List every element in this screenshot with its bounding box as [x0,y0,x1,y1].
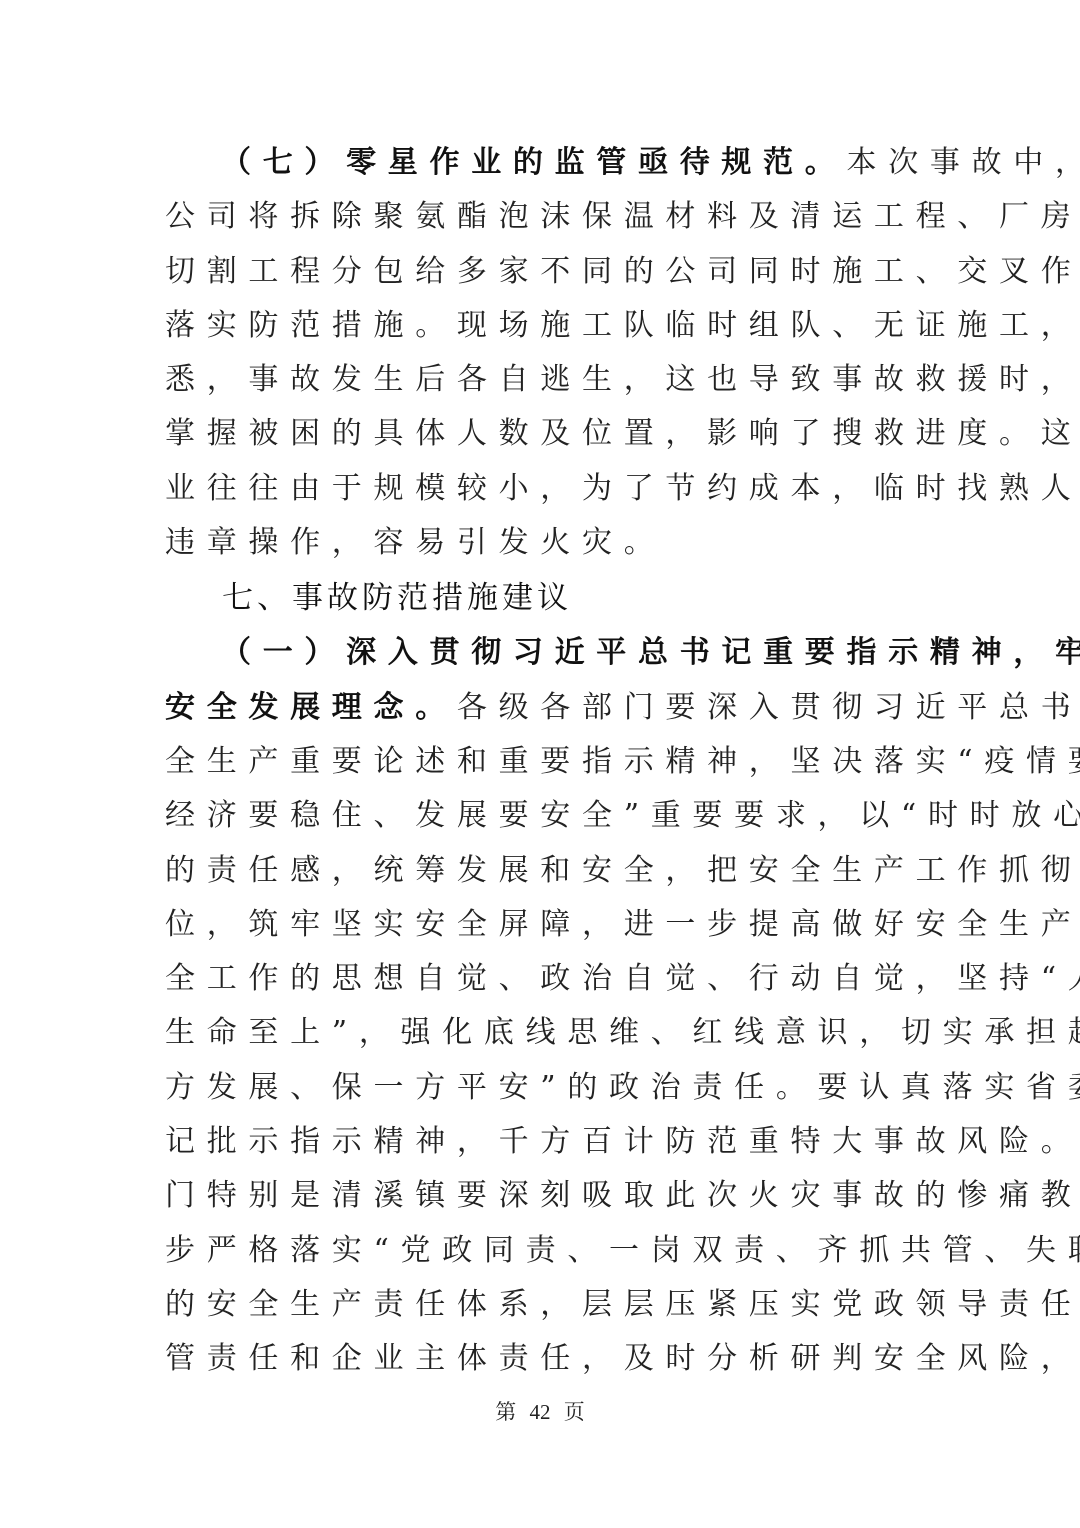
section-heading: 七、事故防范措施建议 [165,570,921,626]
paragraph-line: 方发展、保一方平安”的政治责任。要认真落实省委李希书 [165,1061,921,1115]
paragraph-line: 管责任和企业主体责任，及时分析研判安全风险，紧盯薄弱 [165,1332,921,1386]
document-body: （七）零星作业的监管亟待规范。本次事故中，园仔山 公司将拆除聚氨酯泡沫保温材料及… [165,136,921,1387]
page-footer: 第 42 页 [0,1396,1080,1426]
paragraph-line: 切割工程分包给多家不同的公司同时施工、交叉作业，没有 [165,245,921,299]
paragraph-line: 经济要稳住、发展要安全”重要要求，以“时时放心不下” [165,789,921,843]
subsection-title: （七）零星作业的监管亟待规范。 [221,145,847,180]
paragraph-line: 悉，事故发生后各自逃生，这也导致事故救援时，难以及时 [165,353,921,407]
paragraph-line: 步严格落实“党政同责、一岗双责、齐抓共管、失职追责” [165,1224,921,1278]
paragraph-line: 记批示指示精神，千方百计防范重特大事故风险。各级各部 [165,1115,921,1169]
paragraph-line: 的责任感，统筹发展和安全，把安全生产工作抓彻底、抓到 [165,844,921,898]
paragraph-line: 落实防范措施。现场施工队临时组队、无证施工，相互不熟 [165,299,921,353]
paragraph-line: （七）零星作业的监管亟待规范。本次事故中，园仔山 [165,136,921,190]
paragraph-line: 生命至上”，强化底线思维、红线意识，切实承担起“促一 [165,1006,921,1060]
paragraph-line: 业往往由于规模较小，为了节约成本，临时找熟人、无证、 [165,462,921,516]
paragraph-line: 门特别是清溪镇要深刻吸取此次火灾事故的惨痛教训，进一 [165,1169,921,1223]
paragraph-line: 全工作的思想自觉、政治自觉、行动自觉，坚持“人民至上、 [165,952,921,1006]
page-suffix: 页 [564,1400,585,1424]
document-page: （七）零星作业的监管亟待规范。本次事故中，园仔山 公司将拆除聚氨酯泡沫保温材料及… [0,0,1080,1528]
paragraph-line: 违章操作，容易引发火灾。 [165,516,921,570]
paragraph-line: 公司将拆除聚氨酯泡沫保温材料及清运工程、厂房铁质物品 [165,190,921,244]
subsection-title-cont: 安全发展理念。 [165,690,457,725]
paragraph-line: 的安全生产责任体系，层层压紧压实党政领导责任、部门监 [165,1278,921,1332]
paragraph-line: 全生产重要论述和重要指示精神，坚决落实“疫情要防住、 [165,735,921,789]
paragraph-line: 位，筑牢坚实安全屏障，进一步提高做好安全生产和消防安 [165,898,921,952]
paragraph-line: 掌握被困的具体人数及位置，影响了搜救进度。这类零星作 [165,407,921,461]
subsection-title: （一）深入贯彻习近平总书记重要指示精神，牢固树立 [165,626,921,680]
page-prefix: 第 [495,1400,516,1424]
paragraph-text: 各级各部门要深入贯彻习近平总书记关于安 [457,690,1080,725]
page-number: 42 [530,1400,551,1424]
paragraph-line: 安全发展理念。各级各部门要深入贯彻习近平总书记关于安 [165,681,921,735]
paragraph-text: 本次事故中，园仔山 [847,145,1080,180]
